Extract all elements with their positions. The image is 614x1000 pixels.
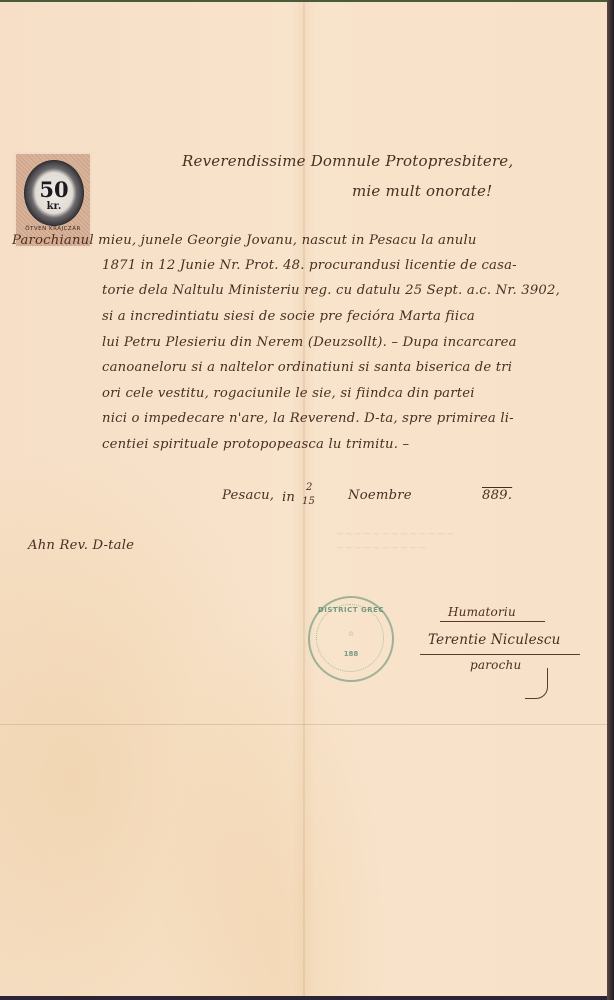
dateline-year: 889. — [482, 488, 512, 503]
body-line: ori cele vestitu, rogaciunile le sie, si… — [102, 386, 475, 401]
dateline-day-old: 2 — [306, 482, 313, 493]
scan-right-edge — [607, 0, 614, 1000]
body-line: 1871 in 12 Junie Nr. Prot. 48. procurand… — [102, 258, 517, 273]
salutation-line-2: mie mult onorate! — [352, 182, 492, 200]
signature-title-underline — [440, 621, 545, 622]
dateline-month: Noembre — [348, 488, 412, 503]
dateline-prep: in — [282, 490, 295, 505]
stamp-oval-icon: 50 kr. — [24, 160, 84, 226]
body-line: torie dela Naltulu Ministeriu reg. cu da… — [102, 283, 560, 298]
dateline-place: Pesacu, — [222, 488, 274, 503]
show-through-text: ~~~~~~~~~~~~~~~~~~~~~~~ — [335, 527, 455, 555]
body-line: nici o impedecare n'are, la Reverend. D-… — [102, 411, 514, 426]
body-line: canoaneloru si a naltelor ordinatiuni si… — [102, 360, 512, 375]
body-line: si a incredintiatu siesi de socie pre fe… — [102, 309, 475, 324]
ink-seal: DISTRICT GREC ☆ 188 — [308, 596, 394, 682]
seal-ring — [316, 604, 384, 672]
salutation-line-1: Reverendissime Domnule Protopresbitere, — [182, 152, 513, 170]
document-page: 50 kr. ÖTVEN KRAJCZÁR Reverendissime Dom… — [0, 2, 607, 996]
seal-top-text: DISTRICT GREC — [310, 606, 392, 614]
signature-title: Humatoriu — [448, 605, 516, 619]
stamp-value: 50 — [25, 177, 83, 202]
stamp-caption: ÖTVEN KRAJCZÁR — [16, 226, 90, 232]
seal-star-icon: ☆ — [310, 630, 392, 638]
horizontal-fold-line — [0, 724, 607, 725]
stamp-unit: kr. — [25, 201, 83, 212]
signature-name: Terentie Niculescu — [428, 632, 561, 648]
signature-flourish — [525, 668, 548, 699]
signature-underline — [420, 654, 580, 655]
signature-role: parochu — [470, 658, 521, 672]
body-line: Parochianul mieu, junele Georgie Jovanu,… — [12, 233, 477, 248]
addressee: Ahn Rev. D-tale — [28, 538, 134, 553]
body-line: lui Petru Plesieriu din Nerem (Deuzsollt… — [102, 335, 517, 350]
body-line: centiei spirituale protopopeasca lu trim… — [102, 437, 409, 452]
scan-top-edge — [0, 0, 614, 2]
dateline-day-new: 15 — [302, 496, 315, 507]
seal-bottom-text: 188 — [310, 650, 392, 658]
